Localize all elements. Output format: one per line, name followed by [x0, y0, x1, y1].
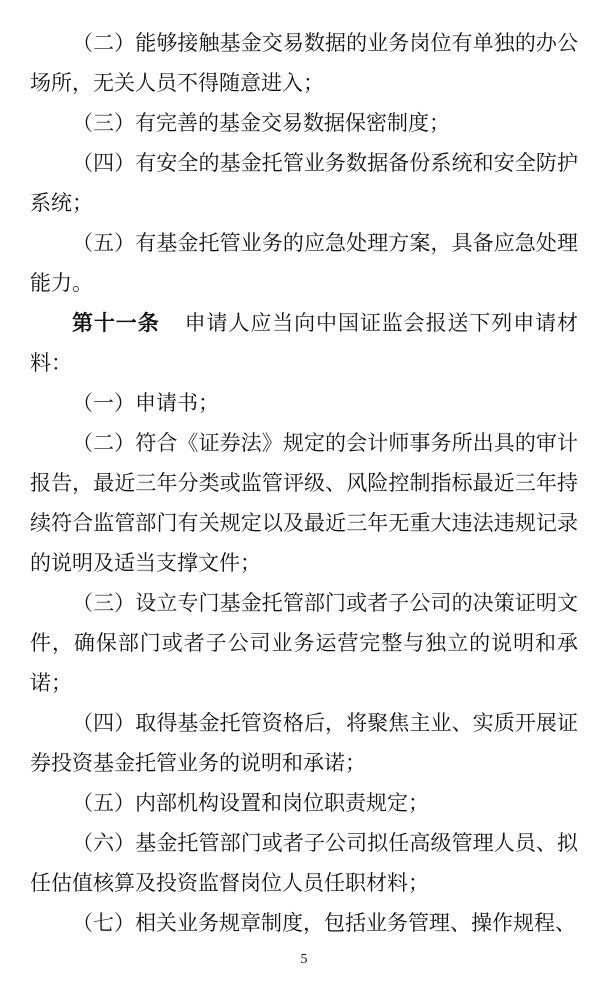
document-body: （二）能够接触基金交易数据的业务岗位有单独的办公场所，无关人员不得随意进入； （…	[30, 23, 578, 943]
paragraph-item-3: （三）有完善的基金交易数据保密制度；	[30, 103, 578, 143]
paragraph-material-7: （七）相关业务规章制度，包括业务管理、操作规程、	[30, 903, 578, 943]
paragraph-material-5: （五）内部机构设置和岗位职责规定；	[30, 783, 578, 823]
page-number: 5	[0, 950, 608, 970]
paragraph-material-2: （二）符合《证券法》规定的会计师事务所出具的审计报告，最近三年分类或监管评级、风…	[30, 423, 578, 583]
article-number: 第十一条	[72, 311, 160, 335]
paragraph-material-3: （三）设立专门基金托管部门或者子公司的决策证明文件，确保部门或者子公司业务运营完…	[30, 583, 578, 703]
paragraph-item-2: （二）能够接触基金交易数据的业务岗位有单独的办公场所，无关人员不得随意进入；	[30, 23, 578, 103]
paragraph-item-5: （五）有基金托管业务的应急处理方案，具备应急处理能力。	[30, 223, 578, 303]
paragraph-item-4: （四）有安全的基金托管业务数据备份系统和安全防护系统；	[30, 143, 578, 223]
paragraph-material-6: （六）基金托管部门或者子公司拟任高级管理人员、拟任估值核算及投资监督岗位人员任职…	[30, 823, 578, 903]
paragraph-material-1: （一）申请书；	[30, 383, 578, 423]
paragraph-material-4: （四）取得基金托管资格后，将聚焦主业、实质开展证券投资基金托管业务的说明和承诺；	[30, 703, 578, 783]
document-page: （二）能够接触基金交易数据的业务岗位有单独的办公场所，无关人员不得随意进入； （…	[0, 0, 608, 991]
paragraph-article-11: 第十一条申请人应当向中国证监会报送下列申请材料：	[30, 303, 578, 383]
